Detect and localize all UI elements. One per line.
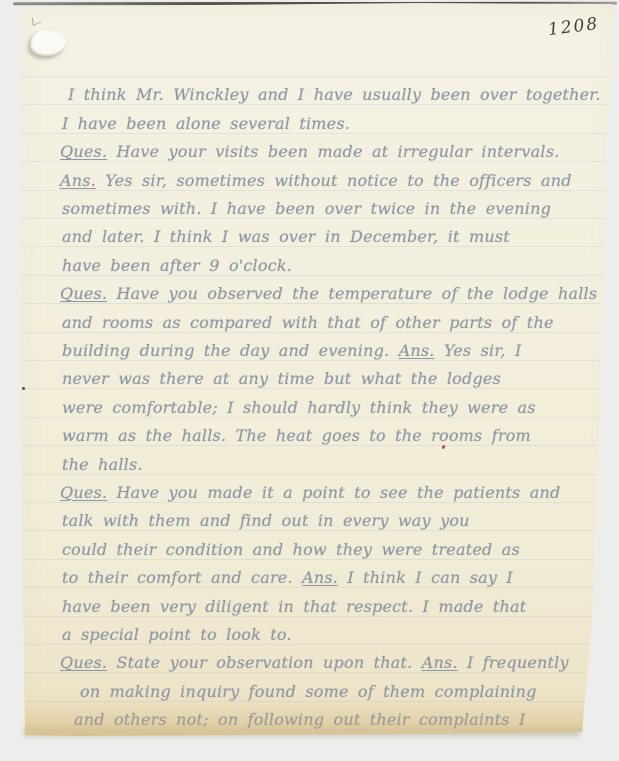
handwriting-line: sometimes with. I have been over twice i… (62, 198, 551, 219)
handwriting-line: have been very diligent in that respect.… (62, 596, 526, 617)
handwriting-line: and others not; on following out their c… (74, 709, 526, 730)
handwriting-text: have been after 9 o'clock. (62, 256, 292, 275)
handwriting-line: have been after 9 o'clock. (62, 255, 292, 276)
handwriting-text: could their condition and how they were … (62, 540, 520, 559)
handwriting-text: I think I can say I (338, 568, 513, 587)
handwriting-text: Yes sir, I (435, 341, 522, 360)
manuscript-page: 1208 I think Mr. Winckley and I have usu… (16, 3, 617, 737)
handwriting-line: Ques. Have you observed the temperature … (60, 283, 597, 304)
handwriting-text: and later. I think I was over in Decembe… (62, 227, 510, 246)
handwriting-text: building during the day and evening. (62, 341, 399, 360)
handwriting-text: were comfortable; I should hardly think … (62, 398, 536, 417)
handwriting-text: Yes sir, sometimes without notice to the… (96, 171, 572, 190)
handwriting-text: the halls. (62, 455, 143, 474)
handwriting-line: to their comfort and care. Ans. I think … (62, 567, 513, 588)
handwriting-line: on making inquiry found some of them com… (80, 681, 537, 702)
handwriting-text: warm as the halls. The heat goes to the … (62, 426, 531, 445)
handwriting-line: Ques. State your observation upon that. … (60, 652, 569, 673)
rule-line (16, 76, 617, 77)
handwriting-line: warm as the halls. The heat goes to the … (62, 425, 531, 446)
handwriting-text: sometimes with. I have been over twice i… (62, 199, 551, 218)
handwriting-text: a special point to look to. (62, 625, 292, 644)
handwriting-line: I think Mr. Winckley and I have usually … (68, 84, 601, 105)
paper-tear-mark (32, 14, 42, 26)
handwriting-line: talk with them and find out in every way… (62, 510, 470, 531)
handwriting-line: a special point to look to. (62, 624, 292, 645)
handwriting-text: Have you observed the temperature of the… (107, 284, 597, 303)
handwriting-text: and others not; on following out their c… (74, 710, 526, 729)
qa-abbreviation: Ques. (60, 284, 107, 303)
qa-abbreviation: Ques. (60, 483, 107, 502)
handwriting-line: building during the day and evening. Ans… (62, 340, 522, 361)
handwriting-line: Ques. Have your visits been made at irre… (60, 141, 559, 162)
handwriting-text: I frequently (458, 653, 569, 672)
handwriting-line: could their condition and how they were … (62, 539, 520, 560)
qa-abbreviation: Ans. (422, 653, 458, 672)
handwriting-line: Ans. Yes sir, sometimes without notice t… (60, 170, 572, 191)
handwriting-text: I think Mr. Winckley and I have usually … (68, 85, 601, 104)
handwriting-line: never was there at any time but what the… (62, 368, 501, 389)
qa-abbreviation: Ques. (60, 653, 107, 672)
qa-abbreviation: Ques. (60, 142, 107, 161)
handwriting-text: and rooms as compared with that of other… (62, 313, 554, 332)
red-speck (441, 445, 446, 450)
handwriting-text: talk with them and find out in every way… (62, 511, 470, 530)
page-number: 1208 (547, 14, 600, 40)
handwriting-text: Have you made it a point to see the pati… (107, 483, 560, 502)
handwriting-text: I have been alone several times. (62, 114, 350, 133)
handwriting-text: never was there at any time but what the… (62, 369, 501, 388)
handwriting-text: on making inquiry found some of them com… (80, 682, 537, 701)
qa-abbreviation: Ans. (60, 171, 96, 190)
handwriting-line: and later. I think I was over in Decembe… (62, 226, 510, 247)
scanned-document: 1208 I think Mr. Winckley and I have usu… (0, 0, 619, 761)
handwriting-text: to their comfort and care. (62, 568, 302, 587)
handwriting-line: were comfortable; I should hardly think … (62, 397, 536, 418)
qa-abbreviation: Ans. (302, 568, 338, 587)
handwriting-text: Have your visits been made at irregular … (107, 142, 559, 161)
handwriting-line: Ques. Have you made it a point to see th… (60, 482, 560, 503)
edge-speck (22, 387, 25, 390)
handwriting-line: and rooms as compared with that of other… (62, 312, 554, 333)
handwriting-text: have been very diligent in that respect.… (62, 597, 526, 616)
paper-tear (30, 30, 66, 56)
handwriting-line: I have been alone several times. (62, 113, 350, 134)
handwriting-line: the halls. (62, 454, 143, 475)
handwriting-text: State your observation upon that. (107, 653, 422, 672)
qa-abbreviation: Ans. (399, 341, 435, 360)
